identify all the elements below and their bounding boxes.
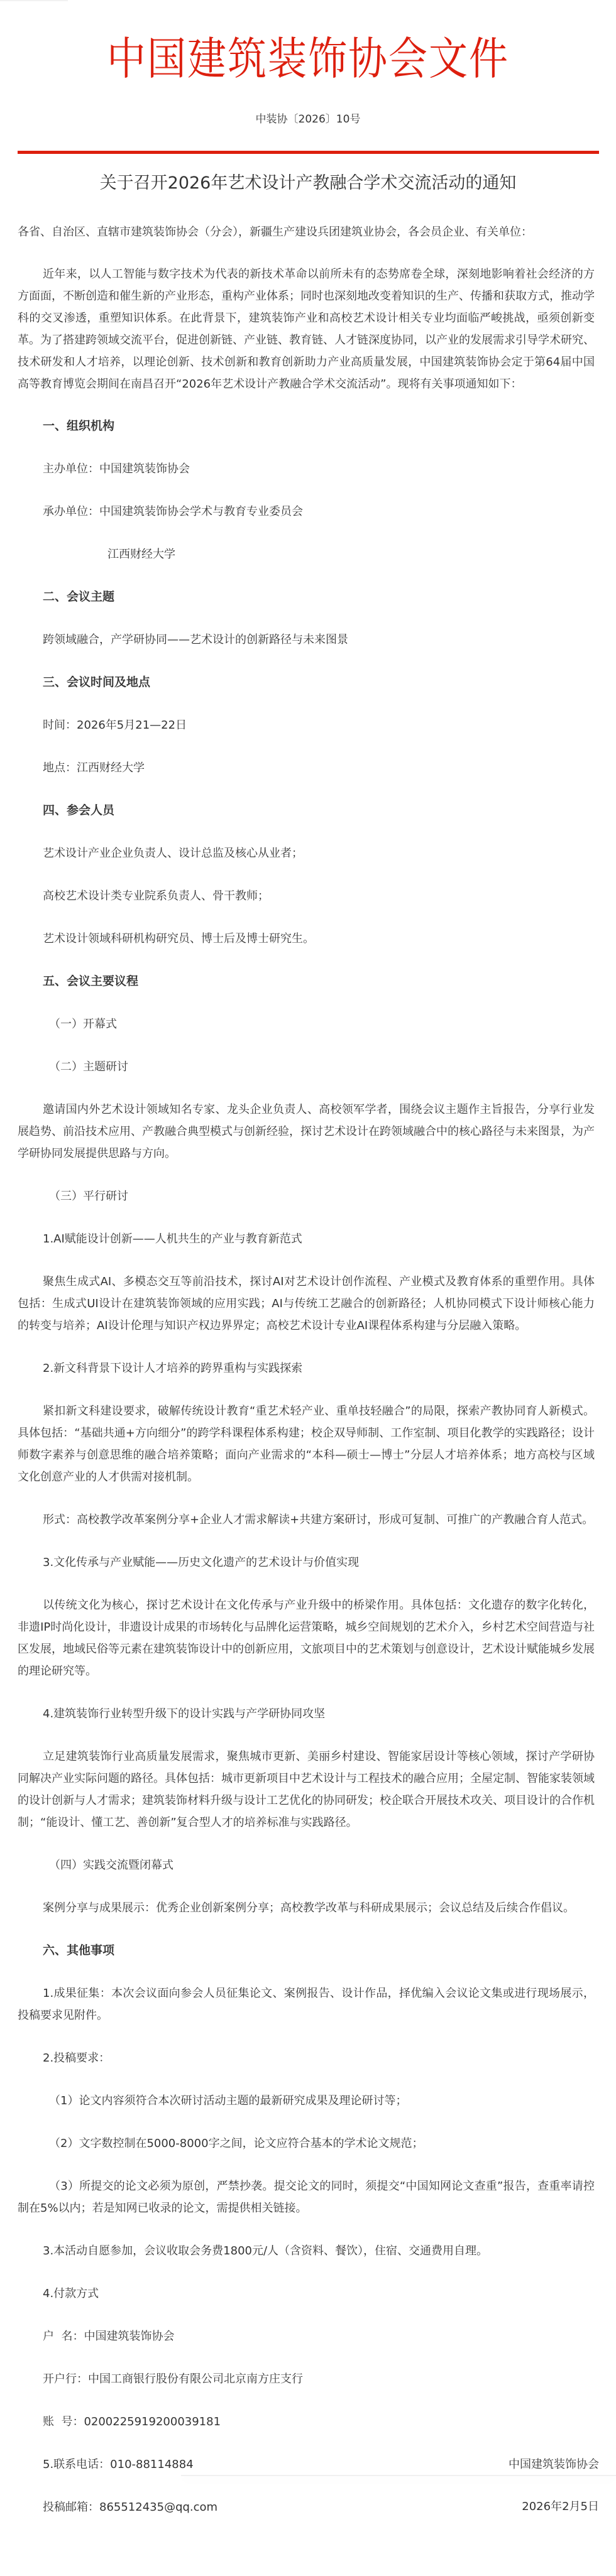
organizer-label: 承办单位： xyxy=(43,505,99,518)
other-item-4-heading: 4.付款方式 xyxy=(18,2283,595,2305)
organizer-row: 承办单位：中国建筑装饰协会学术与教育专业委员会 xyxy=(18,501,595,523)
other-item-2-heading: 2.投稿要求： xyxy=(18,2047,595,2069)
section-heading-organization: 一、组织机构 xyxy=(18,415,595,437)
theme-text: 跨领域融合，产学研协同——艺术设计的创新路径与未来图景 xyxy=(18,629,595,651)
document-number: 中装协〔2026〕10号 xyxy=(0,112,616,127)
meeting-place: 地点：江西财经大学 xyxy=(18,757,595,779)
salutation: 各省、自治区、直辖市建筑装饰协会（分会），新疆生产建设兵团建筑业协会，各会员企业… xyxy=(18,221,595,243)
red-divider xyxy=(18,151,599,154)
attendee-item: 高校艺术设计类专业院系负责人、骨干教师； xyxy=(18,885,595,907)
section-heading-attendees: 四、参会人员 xyxy=(18,800,595,822)
masthead: 中国建筑装饰协会文件 xyxy=(0,33,616,85)
agenda-closing-heading: （四）实践交流暨闭幕式 xyxy=(18,1854,595,1876)
signature-block: 中国建筑装饰协会 2026年2月5日 xyxy=(509,2454,599,2518)
host-row: 主办单位：中国建筑装饰协会 xyxy=(18,458,595,480)
organizer-row-2: 江西财经大学 xyxy=(18,543,595,565)
agenda-closing-text: 案例分享与成果展示：优秀企业创新案例分享；高校教学改革与科研成果展示；会议总结及… xyxy=(18,1897,595,1919)
topic-text: 紧扣新文科建设要求，破解传统设计教育“重艺术轻产业、重单技轻融合”的局限，探索产… xyxy=(18,1400,595,1488)
bottom-shadow-bar xyxy=(181,2475,616,2476)
other-item-3: 3.本活动自愿参加，会议收取会务费1800元/人（含资料、餐饮），住宿、交通费用… xyxy=(18,2240,595,2262)
agenda-opening: （一）开幕式 xyxy=(18,1013,595,1035)
topic-title: 4.建筑装饰行业转型升级下的设计实践与产学研协同攻坚 xyxy=(18,1703,595,1725)
submission-req-1: （1）论文内容须符合本次研讨活动主题的最新研究成果及理论研讨等； xyxy=(18,2090,595,2112)
account-number: 账 号：0200225919200039181 xyxy=(18,2411,595,2433)
section-heading-agenda: 五、会议主要议程 xyxy=(18,970,595,992)
agenda-parallel-heading: （三）平行研讨 xyxy=(18,1185,595,1207)
agenda-keynote-heading: （二）主题研讨 xyxy=(18,1056,595,1078)
document-body: 各省、自治区、直辖市建筑装饰协会（分会），新疆生产建设兵团建筑业协会，各会员企业… xyxy=(18,221,595,2518)
host-label: 主办单位： xyxy=(43,462,99,476)
topic-title: 3.文化传承与产业赋能——历史文化遗产的艺术设计与价值实现 xyxy=(18,1552,595,1573)
other-item-1: 1.成果征集：本次会议面向参会人员征集论文、案例报告、设计作品，择优编入会议论文… xyxy=(18,1982,595,2026)
intro-paragraph: 近年来，以人工智能与数字技术为代表的新技术革命以前所未有的态势席卷全球，深刻地影… xyxy=(18,263,595,395)
topic-text: 立足建筑装饰行业高质量发展需求，聚焦城市更新、美丽乡村建设、智能家居设计等核心领… xyxy=(18,1746,595,1834)
submission-req-3: （3）所提交的论文必须为原创，严禁抄袭。提交论文的同时，须提交“中国知网论文查重… xyxy=(18,2175,595,2219)
host-value: 中国建筑装饰协会 xyxy=(99,462,190,476)
topic-extra: 形式：高校教学改革案例分享+企业人才需求解读+共建方案研讨，形成可复制、可推广的… xyxy=(18,1509,595,1531)
organizer-value-2: 江西财经大学 xyxy=(43,543,175,565)
submission-req-2: （2）文字数控制在5000-8000字之间，论文应符合基本的学术论文规范； xyxy=(18,2133,595,2155)
organizer-value-1: 中国建筑装饰协会学术与教育专业委员会 xyxy=(99,505,303,518)
topic-text: 以传统文化为核心，探讨艺术设计在文化传承与产业升级中的桥梁作用。具体包括：文化遗… xyxy=(18,1594,595,1682)
attendee-item: 艺术设计领域科研机构研究员、博士后及博士研究生。 xyxy=(18,928,595,950)
topic-title: 2.新文科背景下设计人才培养的跨界重构与实践探索 xyxy=(18,1357,595,1379)
attendee-item: 艺术设计产业企业负责人、设计总监及核心从业者； xyxy=(18,842,595,864)
meeting-time: 时间：2026年5月21—22日 xyxy=(18,714,595,736)
section-heading-other: 六、其他事项 xyxy=(18,1940,595,1962)
topic-text: 聚焦生成式AI、多模态交互等前沿技术，探讨AI对艺术设计创作流程、产业模式及教育… xyxy=(18,1271,595,1337)
account-name: 户 名：中国建筑装饰协会 xyxy=(18,2325,595,2347)
topic-title: 1.AI赋能设计创新——人机共生的产业与教育新范式 xyxy=(18,1228,595,1250)
signature-org: 中国建筑装饰协会 xyxy=(509,2454,599,2475)
top-shadow-strip xyxy=(0,0,68,1)
section-heading-theme: 二、会议主题 xyxy=(18,586,595,608)
agenda-keynote-text: 邀请国内外艺术设计领域知名专家、龙头企业负责人、高校领军学者，围绕会议主题作主旨… xyxy=(18,1099,595,1165)
page-title: 关于召开2026年艺术设计产教融合学术交流活动的通知 xyxy=(0,171,616,196)
signature-date: 2026年2月5日 xyxy=(522,2500,599,2513)
bank-name: 开户行：中国工商银行股份有限公司北京南方庄支行 xyxy=(18,2368,595,2390)
section-heading-time-place: 三、会议时间及地点 xyxy=(18,671,595,693)
